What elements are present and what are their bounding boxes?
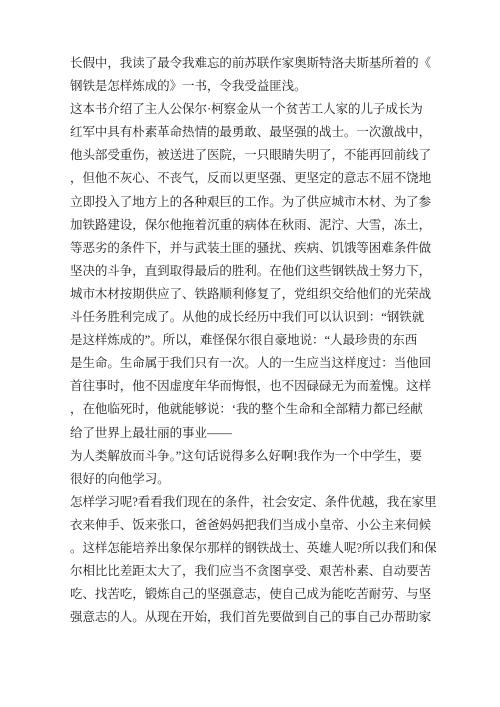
essay-body: 长假中，我读了最令我难忘的前苏联作家奥斯特洛夫斯基所着的《钢铁是怎样炼成的》一书… xyxy=(70,52,434,629)
text-line: 是这样炼成的”。所以，难怪保尔很自豪地说：“人最珍贵的东西 xyxy=(70,329,434,352)
text-line: 为人类解放而斗争。”这句话说得多么好啊!我作为一个中学生，要 xyxy=(70,445,434,468)
text-line: 钢铁是怎样炼成的》一书，令我受益匪浅。 xyxy=(70,75,434,98)
document-page: 长假中，我读了最令我难忘的前苏联作家奥斯特洛夫斯基所着的《钢铁是怎样炼成的》一书… xyxy=(0,0,500,707)
text-line: 等恶劣的条件下，并与武装土匪的骚扰、疾病、饥饿等困难条件做 xyxy=(70,237,434,260)
text-line: 斗任务胜利完成了。从他的成长经历中我们可以认识到：“钢铁就 xyxy=(70,306,434,329)
text-line: 尔相比比差距太大了，我们应当不贪图享受、艰苦朴素、自动要苦 xyxy=(70,560,434,583)
text-line: 长假中，我读了最令我难忘的前苏联作家奥斯特洛夫斯基所着的《 xyxy=(70,52,434,75)
text-line: 是生命。生命属于我们只有一次。人的一生应当这样度过：当他回 xyxy=(70,352,434,375)
text-line: 给了世界上最壮丽的事业—— xyxy=(70,422,434,445)
text-line: 这本书介绍了主人公保尔·柯察金从一个贫苦工人家的儿子成长为 xyxy=(70,98,434,121)
text-line: 吃、找苦吃，锻炼自己的坚强意志，使自己成为能吃苦耐劳、与坚 xyxy=(70,583,434,606)
text-line: 首往事时，他不因虚度年华而悔恨，也不因碌碌无为而羞愧。这样 xyxy=(70,375,434,398)
text-line: 怎样学习呢?看看我们现在的条件，社会安定、条件优越，我在家里 xyxy=(70,491,434,514)
text-line: 红军中具有朴素革命热情的最勇敢、最坚强的战士。一次激战中， xyxy=(70,121,434,144)
text-line: 坚决的斗争，直到取得最后的胜利。在他们这些钢铁战士努力下， xyxy=(70,260,434,283)
text-line: 。这样怎能培养出象保尔那样的钢铁战士、英雄人呢?所以我们和保 xyxy=(70,537,434,560)
text-line: 很好的向他学习。 xyxy=(70,468,434,491)
text-line: ，但他不灰心、不丧气，反而以更坚强、更坚定的意志不屈不饶地 xyxy=(70,167,434,190)
text-line: 强意志的人。从现在开始，我们首先要做到自己的事自己办帮助家 xyxy=(70,606,434,629)
text-line: 加铁路建设，保尔他拖着沉重的病体在秋雨、泥泞、大雪，冻土， xyxy=(70,214,434,237)
text-line: 城市木材按期供应了、铁路顺利修复了，党组织交给他们的光荣战 xyxy=(70,283,434,306)
text-line: 立即投入了地方上的各种艰巨的工作。为了供应城市木材、为了参 xyxy=(70,191,434,214)
text-line: 他头部受重伤，被送进了医院，一只眼睛失明了，不能再回前线了 xyxy=(70,144,434,167)
text-line: ，在他临死时，他就能够说：‘我的整个生命和全部精力都已经献 xyxy=(70,398,434,421)
text-line: 衣来伸手、饭来张口，爸爸妈妈把我们当成小皇帝、小公主来伺候 xyxy=(70,514,434,537)
